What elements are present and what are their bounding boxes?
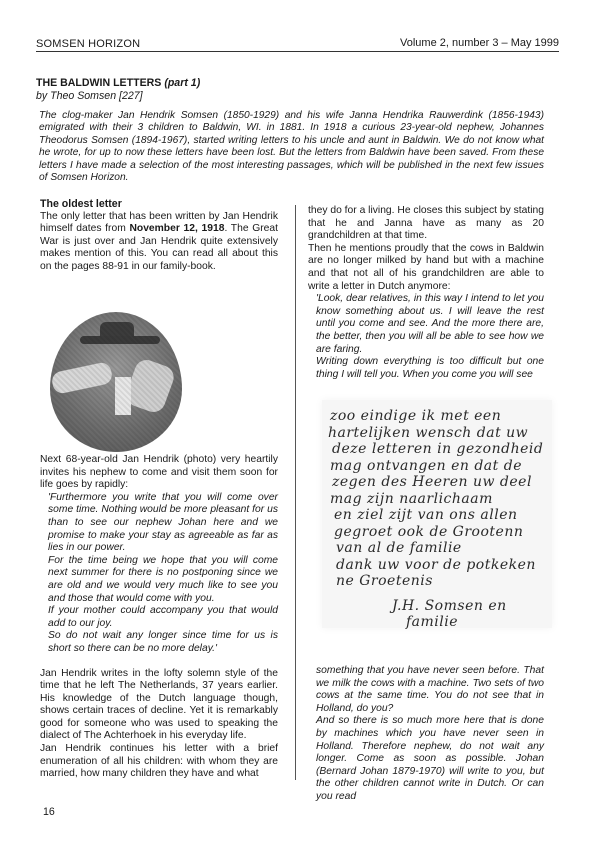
handwritten-line: familie <box>406 614 458 630</box>
quote-paragraph: Writing down everything is too difficult… <box>308 356 544 381</box>
quote-paragraph: For the time being we hope that you will… <box>40 555 278 605</box>
photo-halftone <box>50 312 182 452</box>
handwritten-line: ne Groetenis <box>336 573 433 589</box>
quote-paragraph: And so there is so much more here that i… <box>308 715 544 803</box>
handwritten-line: zegen des Heeren uw deel <box>332 474 532 490</box>
left-column-bottom: Next 68-year-old Jan Hendrik (photo) ver… <box>40 454 278 781</box>
publication-name: SOMSEN HORIZON <box>36 38 140 50</box>
portrait-photo <box>50 312 182 452</box>
article-byline: by Theo Somsen [227] <box>36 90 143 102</box>
handwritten-letter-image: zoo eindige ik met eenhartelijken wensch… <box>322 400 552 628</box>
column-divider <box>295 205 296 780</box>
running-header: SOMSEN HORIZON Volume 2, number 3 – May … <box>36 35 559 52</box>
handwritten-line: van al de familie <box>336 540 462 556</box>
handwritten-line: zoo eindige ik met een <box>330 408 501 424</box>
letter-date: November 12, 1918 <box>129 223 224 234</box>
handwritten-line: deze letteren in gezondheid <box>332 441 543 457</box>
handwritten-line: hartelijken wensch dat uw <box>328 425 528 441</box>
document-page: SOMSEN HORIZON Volume 2, number 3 – May … <box>0 0 589 845</box>
article-title-part: (part 1) <box>164 77 200 89</box>
quote-paragraph: 'Furthermore you write that you will com… <box>40 492 278 555</box>
handwritten-line: gegroet ook de Grootenn <box>334 524 523 540</box>
paragraph: Then he mentions proudly that the cows i… <box>308 243 544 293</box>
left-column-top: The oldest letter The only letter that h… <box>40 198 278 274</box>
section-heading: The oldest letter <box>40 198 278 211</box>
quote-paragraph: So do not wait any longer since time for… <box>40 630 278 655</box>
paragraph: Jan Hendrik writes in the lofty solemn s… <box>40 668 278 744</box>
quote-paragraph: 'Look, dear relatives, in this way I int… <box>308 293 544 356</box>
paragraph: Next 68-year-old Jan Hendrik (photo) ver… <box>40 454 278 492</box>
handwritten-line: mag zijn naarlichaam <box>330 491 493 507</box>
quote-paragraph: If your mother could accompany you that … <box>40 605 278 630</box>
right-column-bottom: something that you have never seen befor… <box>308 665 544 804</box>
handwritten-line: en ziel zijt van ons allen <box>334 507 518 523</box>
article-title-text: THE BALDWIN LETTERS <box>36 77 161 89</box>
handwritten-line: mag ontvangen en dat de <box>330 458 522 474</box>
article-intro: The clog-maker Jan Hendrik Somsen (1850-… <box>39 110 544 184</box>
handwritten-line: J.H. Somsen en <box>392 598 507 614</box>
paragraph: they do for a living. He closes this sub… <box>308 205 544 243</box>
issue-info: Volume 2, number 3 – May 1999 <box>400 37 559 49</box>
page-number: 16 <box>43 806 55 818</box>
quote-paragraph: something that you have never seen befor… <box>308 665 544 715</box>
article-title: THE BALDWIN LETTERS (part 1) <box>36 77 200 89</box>
handwritten-line: dank uw voor de potkeken <box>336 557 536 573</box>
paragraph: The only letter that has been written by… <box>40 211 278 274</box>
paragraph: Jan Hendrik continues his letter with a … <box>40 743 278 781</box>
right-column-top: they do for a living. He closes this sub… <box>308 205 544 381</box>
